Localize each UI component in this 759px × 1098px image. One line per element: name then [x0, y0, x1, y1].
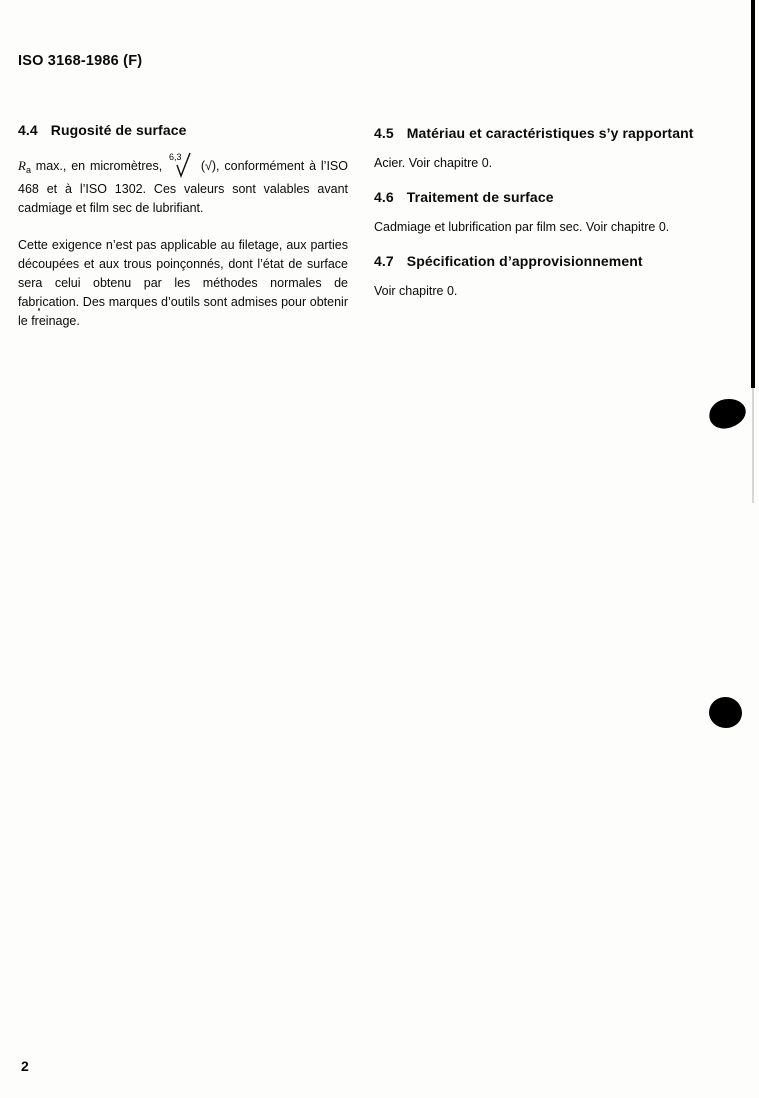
- ink-blot-bottom: [709, 697, 742, 728]
- scan-edge-bar-faint: [752, 388, 754, 503]
- doc-reference: ISO 3168-1986 (F): [18, 53, 142, 69]
- section-4-7-title: Spécification d’approvisionnement: [407, 253, 643, 269]
- section-4-7-heading: 4.7Spécification d’approvisionnement: [374, 253, 736, 270]
- ink-blot-top: [707, 396, 748, 431]
- section-4-6-number: 4.6: [374, 189, 394, 205]
- scan-edge-bar: [751, 0, 755, 388]
- section-4-4-title: Rugosité de surface: [51, 122, 187, 138]
- symbol-R: R: [18, 158, 26, 173]
- surface-roughness-icon: 6,3: [169, 151, 193, 178]
- exigence-paragraph: Cette exigence n’est pas applicable au f…: [18, 236, 348, 331]
- roughness-paragraph-text-1: max., en micromètres,: [31, 159, 167, 173]
- roughness-paragraph: Ra max., en micromètres, 6,3 (√), confor…: [18, 151, 348, 218]
- roughness-value-label: 6,3: [169, 152, 182, 162]
- section-4-4-heading: 4.4Rugosité de surface: [18, 122, 348, 139]
- section-4-7-number: 4.7: [374, 253, 394, 269]
- left-column: 4.4Rugosité de surface Ra max., en micro…: [18, 122, 348, 331]
- scan-speckle: [38, 308, 40, 311]
- section-4-5-heading: 4.5Matériau et caractéristiques s’y rapp…: [374, 125, 736, 142]
- section-4-6-title: Traitement de surface: [407, 189, 554, 205]
- page-number: 2: [21, 1058, 29, 1074]
- right-column: 4.5Matériau et caractéristiques s’y rapp…: [374, 122, 736, 317]
- section-4-6-body: Cadmiage et lubrification par film sec. …: [374, 220, 736, 235]
- section-4-5-body: Acier. Voir chapitre 0.: [374, 156, 736, 171]
- section-4-5-title: Matériau et caractéristiques s’y rapport…: [407, 125, 694, 141]
- section-4-7-body: Voir chapitre 0.: [374, 284, 736, 299]
- section-4-6-heading: 4.6Traitement de surface: [374, 189, 736, 206]
- section-4-4-number: 4.4: [18, 122, 38, 138]
- document-page: ISO 3168-1986 (F) 4.4Rugosité de surface…: [0, 0, 759, 1098]
- section-4-5-number: 4.5: [374, 125, 394, 141]
